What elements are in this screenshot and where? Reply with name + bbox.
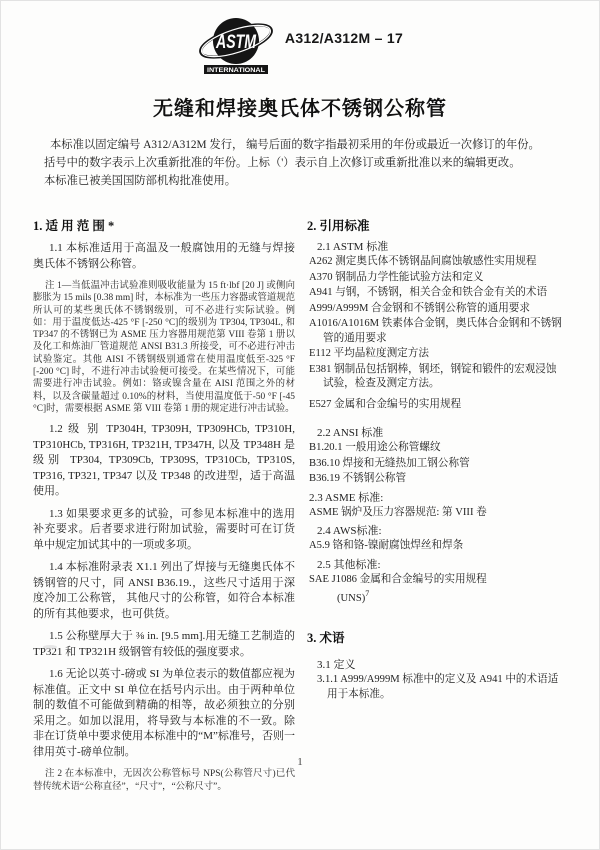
scope-section: 1. 适 用 范 围 * 1.1 本标准适用于高温及一般腐蚀用的无缝与焊接奥氏体…: [33, 216, 295, 793]
ref-item: E381 钢制品包括钢棒，钢坯，钢锭和锻件的宏观浸蚀试验，检查及测定方法。: [309, 363, 567, 392]
page-title: 无缝和焊接奥氏体不锈钢公称管: [1, 92, 599, 121]
ref-item: A941 与钢，不锈钢，相关合金和铁合金有关的术语: [309, 286, 567, 301]
paragraph-1-5: 1.5 公称壁厚大于 ⅜ in. [9.5 mm].用无缝工艺制造的 TP321…: [33, 629, 295, 660]
ref-item: B36.19 不锈钢公称管: [309, 472, 567, 487]
ref-item: ASME 锅炉及压力容器规范: 第 VIII 卷: [309, 506, 567, 521]
footnote-marker: 7: [365, 589, 369, 598]
ref-item: A262 测定奥氏体不锈钢晶间腐蚀敏感性实用规程: [309, 255, 567, 270]
ref-item: SAE J1086 金属和合金编号的实用规程 (UNS)7: [309, 573, 567, 607]
scan-artifact: [43, 645, 57, 649]
astm-logo-icon: ASTM INTERNATIONAL: [197, 14, 275, 76]
ref-item: A1016/A1016M 铁素体合金钢，奥氏体合金钢和不锈钢管的通用要求: [309, 317, 567, 346]
astm-logo-subtext: INTERNATIONAL: [207, 67, 265, 74]
standard-designation: A312/A312M – 17: [285, 30, 403, 46]
note-1: 注 1—当低温冲击试验准则吸收能量为 15 ft·lbf [20 J] 或侧向膨…: [33, 280, 295, 415]
document-page: ASTM INTERNATIONAL A312/A312M – 17 无缝和焊接…: [0, 0, 600, 850]
ref-text: SAE J1086 金属和合金编号的实用规程: [309, 574, 487, 585]
subsection-2-5: 2.5 其他标准:: [317, 556, 567, 572]
paragraph-3-1-1: 3.1.1 A999/A999M 标准中的定义及 A941 中的术语适用于本标准…: [317, 673, 567, 702]
ref-item: A370 钢制品力学性能试验方法和定义: [309, 271, 567, 286]
astm-logo: ASTM INTERNATIONAL: [197, 14, 275, 76]
note-2: 注 2 在本标准中，无因次公称管标号 NPS(公称管尺寸)已代替传统术语“公称直…: [33, 768, 295, 793]
ref-item: A5.9 铬和铬-镍耐腐蚀焊丝和焊条: [309, 539, 567, 554]
ref-item: B36.10 焊接和无缝热加工钢公称管: [309, 457, 567, 472]
paragraph-1-6: 1.6 无论以英寸-磅或 SI 为单位表示的数值都应视为标准值。正文中 SI 单…: [33, 667, 295, 760]
ref-item: E527 金属和合金编号的实用规程: [309, 398, 567, 413]
subsection-2-1: 2.1 ASTM 标准: [317, 238, 567, 254]
paragraph-1-2: 1.2 级 别 TP304H, TP309H, TP309HCb, TP310H…: [33, 422, 295, 500]
intro-line-2: 括号中的数字表示上次重新批准的年份。上标（'）表示自上次修订或重新批准以来的编辑…: [44, 154, 556, 172]
paragraph-1-3: 1.3 如果要求更多的试验，可参见本标准中的选用补充要求。后者要求进行附加试验，…: [33, 507, 295, 554]
subsection-2-4: 2.4 AWS标准:: [317, 522, 567, 538]
paragraph-1-4: 1.4 本标准附录表 X1.1 列出了焊接与无缝奥氏体不锈钢管的尺寸，同 ANS…: [33, 560, 295, 622]
ref-item: E112 平均晶粒度测定方法: [309, 347, 567, 362]
subsection-2-3: 2.3 ASME 标准:: [309, 489, 567, 505]
intro-line-3: 本标准已被美国国防部机构批准使用。: [44, 172, 556, 190]
terminology-section: 3. 术语 3.1 定义 3.1.1 A999/A999M 标准中的定义及 A9…: [307, 628, 567, 702]
page-header: ASTM INTERNATIONAL A312/A312M – 17: [1, 14, 599, 76]
intro-line-1: 本标准以固定编号 A312/A312M 发行， 编号后面的数字指最初采用的年份或…: [44, 136, 556, 154]
references-heading: 2. 引用标准: [307, 216, 567, 234]
ref-item: B1.20.1 一般用途公称管螺纹: [309, 441, 567, 456]
two-column-body: 1. 适 用 范 围 * 1.1 本标准适用于高温及一般腐蚀用的无缝与焊接奥氏体…: [1, 216, 599, 793]
ref-item: A999/A999M 合金钢和不锈钢公称管的通用要求: [309, 302, 567, 317]
paragraph-1-1: 1.1 本标准适用于高温及一般腐蚀用的无缝与焊接奥氏体不锈钢公称管。: [33, 241, 295, 272]
page-number: 1: [1, 756, 599, 768]
subsection-2-2: 2.2 ANSI 标准: [317, 424, 567, 440]
ref-text: (UNS): [337, 593, 365, 604]
scope-heading: 1. 适 用 范 围 *: [33, 216, 295, 234]
subsection-3-1: 3.1 定义: [317, 656, 567, 672]
intro-paragraph: 本标准以固定编号 A312/A312M 发行， 编号后面的数字指最初采用的年份或…: [44, 136, 556, 190]
terminology-heading: 3. 术语: [307, 628, 567, 646]
references-section: 2. 引用标准 2.1 ASTM 标准 A262 测定奥氏体不锈钢晶间腐蚀敏感性…: [307, 216, 567, 793]
astm-logo-text: ASTM: [215, 32, 257, 53]
